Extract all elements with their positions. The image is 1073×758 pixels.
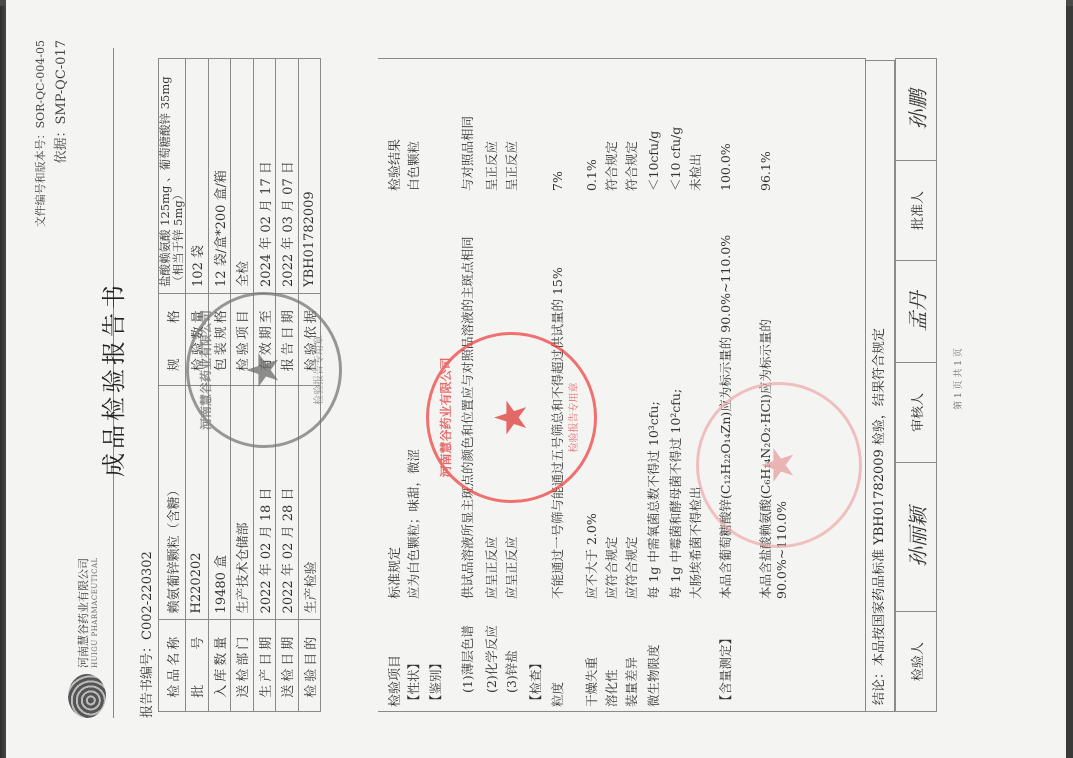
gray-seal-stamp: 河南慧谷药业有限公司 ★ 检验报告专用章 — [186, 292, 342, 448]
info-label: 规 格 — [159, 293, 186, 385]
info-value: YBH01782009 — [298, 59, 321, 294]
info-value: 12 袋/盒*200 盒/箱 — [208, 59, 231, 294]
test-result: 100.0% — [718, 143, 734, 191]
signature-table: 检验人 孙丽颖 审核人 孟丹 批准人 孙鹏 — [895, 58, 937, 712]
info-label: 入库数量 — [208, 620, 231, 712]
info-label: 检验目的 — [298, 620, 321, 712]
test-result: 96.1% — [758, 151, 774, 191]
info-value: 2022 年 03 月 07 日 — [276, 59, 299, 294]
seal-text: 河南慧谷药业有限公司 — [197, 295, 214, 445]
inspector-label: 检验人 — [896, 612, 937, 712]
reviewer-label: 审核人 — [896, 362, 937, 462]
test-item: 【含量测定】 — [718, 632, 734, 707]
info-row: 检品名称赖氨葡锌颗粒（含糖）规 格盐酸赖氨酸 125mg 、葡萄糖酸锌 35mg… — [159, 59, 186, 712]
test-item: (2)化学反应 — [484, 625, 500, 707]
reviewer-signature: 孟丹 — [896, 260, 937, 362]
info-value: 全检 — [231, 59, 254, 294]
test-result: 与对照品相同 — [460, 116, 476, 191]
info-label: 生产日期 — [253, 620, 276, 712]
col-standard-header: 标准规定 — [384, 219, 403, 599]
seal-subtext: 检验报告专用章 — [565, 335, 580, 500]
inspector-signature: 孙丽颖 — [896, 462, 937, 612]
test-item: 【鉴别】 — [428, 657, 444, 707]
test-result: 呈正反应 — [484, 141, 500, 191]
col-result-header: 检验结果 — [384, 139, 403, 191]
page-number: 第 1 页 共 1 页 — [951, 0, 964, 758]
test-item: 装量差异 — [624, 657, 640, 707]
info-value: 盐酸赖氨酸 125mg 、葡萄糖酸锌 35mg（相当于锌 5mg） — [159, 59, 186, 294]
info-label: 检品名称 — [159, 620, 186, 712]
test-item: 溶化性 — [604, 669, 620, 707]
test-result: 0.1% — [584, 159, 600, 191]
report-page: 文件编号和版本号：SOR-QC-004-05 依据：SMP-QC-017 河南慧… — [6, 0, 1066, 758]
test-result: 符合规定 — [624, 141, 640, 191]
test-standard: 应为白色颗粒；味甜，微涩 — [406, 219, 422, 599]
test-item: (1)薄层色谱 — [460, 625, 476, 707]
test-standard: 每 1g 中霉菌和酵母菌不得过 10²cfu; — [668, 219, 684, 599]
red-seal-stamp: 河南慧谷药业有限公司 ★ 检验报告专用章 — [426, 332, 597, 503]
test-result: ＜10cfu/g — [646, 131, 662, 191]
approver-signature: 孙鹏 — [896, 59, 937, 161]
test-standard: 应符合规定 — [604, 219, 620, 599]
test-item: 干燥失重 — [584, 657, 600, 707]
info-label: 送检部门 — [231, 620, 254, 712]
test-result: 呈正反应 — [504, 141, 520, 191]
doc-code: 文件编号和版本号：SOR-QC-004-05 — [32, 40, 48, 227]
seal-subtext: 检验报告专用章 — [310, 295, 325, 445]
company-name-cn: 河南慧谷药业有限公司 — [75, 557, 91, 668]
report-number: 报告书编号：C002-220302 — [136, 551, 155, 718]
test-result: 7% — [550, 171, 566, 191]
test-result: 符合规定 — [604, 141, 620, 191]
test-standard: 大肠埃希菌不得检出 — [688, 219, 704, 599]
info-value: 2024 年 02 月 17 日 — [253, 59, 276, 294]
conclusion: 结论：本品按国家药品标准 YBH01782009 检验，结果符合规定 — [865, 60, 895, 712]
test-result: ＜10 cfu/g — [668, 127, 684, 191]
page-title: 成品检验报告书 — [94, 0, 129, 758]
test-item: 粒度 — [550, 682, 566, 707]
star-icon: ★ — [490, 398, 534, 437]
star-icon: ★ — [757, 445, 801, 484]
col-item-header: 检验项目 — [384, 655, 403, 707]
test-result: 未检出 — [688, 153, 704, 191]
info-value: 102 袋 — [186, 59, 209, 294]
test-item: 微生物限度 — [646, 644, 662, 707]
test-item: 【性状】 — [406, 657, 422, 707]
star-icon: ★ — [242, 350, 286, 389]
test-result: 白色颗粒 — [406, 141, 422, 191]
test-standard: 每 1g 中需氧菌总数不得过 10³cfu; — [646, 219, 662, 599]
test-standard: 应符合规定 — [624, 219, 640, 599]
faint-red-seal-stamp: ★ — [696, 382, 862, 548]
test-item: (3)锌盐 — [504, 650, 520, 707]
info-label: 批 号 — [186, 620, 209, 712]
basis: 依据：SMP-QC-017 — [50, 40, 69, 163]
seal-text: 河南慧谷药业有限公司 — [437, 335, 454, 500]
info-label: 送检日期 — [276, 620, 299, 712]
test-item: 【检查】 — [528, 657, 544, 707]
info-value: 赖氨葡锌颗粒（含糖） — [159, 385, 186, 620]
approver-label: 批准人 — [896, 161, 937, 261]
